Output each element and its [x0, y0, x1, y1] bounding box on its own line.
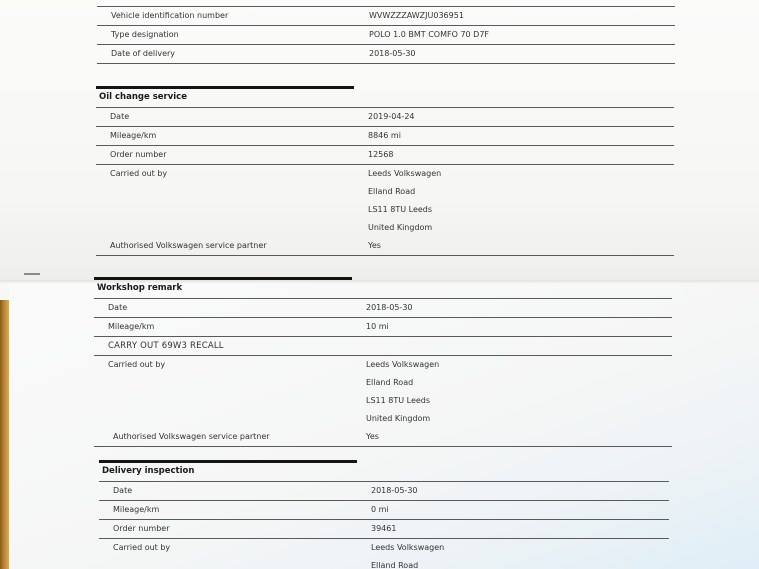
section-vehicle-data: Vehicle data Vehicle identification numb… — [97, 0, 675, 64]
row-label: Mileage/km — [108, 322, 154, 331]
row-label: Carried out by — [113, 543, 170, 552]
row-value: Leeds Volkswagen — [371, 543, 444, 552]
row-carried-out-by: Carried out by Leeds Volkswagen — [99, 538, 669, 557]
row-label: Mileage/km — [113, 505, 159, 514]
row-value: Elland Road — [371, 561, 418, 569]
row-remark: CARRY OUT 69W3 RECALL — [94, 336, 672, 355]
row-address-line: Elland Road — [94, 374, 672, 392]
row-value: 0 mi — [371, 505, 389, 514]
section-title: Oil change service — [96, 89, 674, 107]
row-carried-out-by: Carried out by Leeds Volkswagen — [94, 355, 672, 374]
remark-text: CARRY OUT 69W3 RECALL — [108, 341, 224, 351]
row-label: Authorised Volkswagen service partner — [113, 432, 270, 441]
row-value: 2018-05-30 — [371, 486, 418, 495]
row-value: 2018-05-30 — [366, 303, 413, 312]
row-order-number: Order number 39461 — [99, 519, 669, 538]
row-value: WVWZZZAWZJU036951 — [369, 11, 464, 20]
row-address-line: United Kingdom — [94, 410, 672, 428]
row-value: Yes — [366, 432, 379, 441]
row-date: Date 2018-05-30 — [99, 481, 669, 500]
divider — [96, 255, 674, 256]
row-address-line: Elland Road — [96, 183, 674, 201]
row-label: Carried out by — [108, 360, 165, 369]
row-value: Elland Road — [366, 378, 413, 387]
row-label: Type designation — [111, 30, 179, 39]
row-value: Leeds Volkswagen — [368, 169, 441, 178]
row-value: LS11 8TU Leeds — [368, 205, 432, 214]
row-label: Vehicle identification number — [111, 11, 228, 20]
row-date: Date 2018-05-30 — [94, 298, 672, 317]
row-address-line: United Kingdom — [96, 219, 674, 237]
row-label: Date — [108, 303, 127, 312]
row-value: 39461 — [371, 524, 396, 533]
row-value: United Kingdom — [366, 414, 430, 423]
row-value: Leeds Volkswagen — [366, 360, 439, 369]
row-value: 10 mi — [366, 322, 389, 331]
row-value: Yes — [368, 241, 381, 250]
row-value: United Kingdom — [368, 223, 432, 232]
row-vin: Vehicle identification number WVWZZZAWZJ… — [97, 6, 675, 25]
row-address-line: LS11 8TU Leeds — [94, 392, 672, 410]
row-value: 2019-04-24 — [368, 112, 415, 121]
row-date: Date 2019-04-24 — [96, 107, 674, 126]
divider — [94, 446, 672, 447]
row-mileage: Mileage/km 0 mi — [99, 500, 669, 519]
row-address-line: LS11 8TU Leeds — [96, 201, 674, 219]
row-date-of-delivery: Date of delivery 2018-05-30 — [97, 44, 675, 63]
row-label: Mileage/km — [110, 131, 156, 140]
section-oil-change-service: Oil change service Date 2019-04-24 Milea… — [96, 86, 674, 256]
row-order-number: Order number 12568 — [96, 145, 674, 164]
row-value: 12568 — [368, 150, 393, 159]
section-delivery-inspection: Delivery inspection Date 2018-05-30 Mile… — [99, 460, 669, 569]
row-address-line: Elland Road — [99, 557, 669, 569]
row-label: Order number — [110, 150, 167, 159]
row-value: 8846 mi — [368, 131, 401, 140]
row-value: 2018-05-30 — [369, 49, 416, 58]
row-mileage: Mileage/km 8846 mi — [96, 126, 674, 145]
row-value: LS11 8TU Leeds — [366, 396, 430, 405]
row-label: Date — [110, 112, 129, 121]
section-title: Delivery inspection — [99, 463, 669, 481]
service-record-document: Vehicle data Vehicle identification numb… — [0, 0, 759, 569]
row-authorised-partner: Authorised Volkswagen service partner Ye… — [96, 237, 674, 255]
row-label: Authorised Volkswagen service partner — [110, 241, 267, 250]
row-carried-out-by: Carried out by Leeds Volkswagen — [96, 164, 674, 183]
row-value: POLO 1.0 BMT COMFO 70 D7F — [369, 30, 489, 39]
row-label: Date — [113, 486, 132, 495]
row-mileage: Mileage/km 10 mi — [94, 317, 672, 336]
section-title: Workshop remark — [94, 280, 672, 298]
divider — [97, 63, 675, 64]
row-value: Elland Road — [368, 187, 415, 196]
row-type-designation: Type designation POLO 1.0 BMT COMFO 70 D… — [97, 25, 675, 44]
row-label: Order number — [113, 524, 170, 533]
section-workshop-remark: Workshop remark Date 2018-05-30 Mileage/… — [94, 277, 672, 447]
row-label: Carried out by — [110, 169, 167, 178]
row-label: Date of delivery — [111, 49, 175, 58]
row-authorised-partner: Authorised Volkswagen service partner Ye… — [94, 428, 672, 446]
